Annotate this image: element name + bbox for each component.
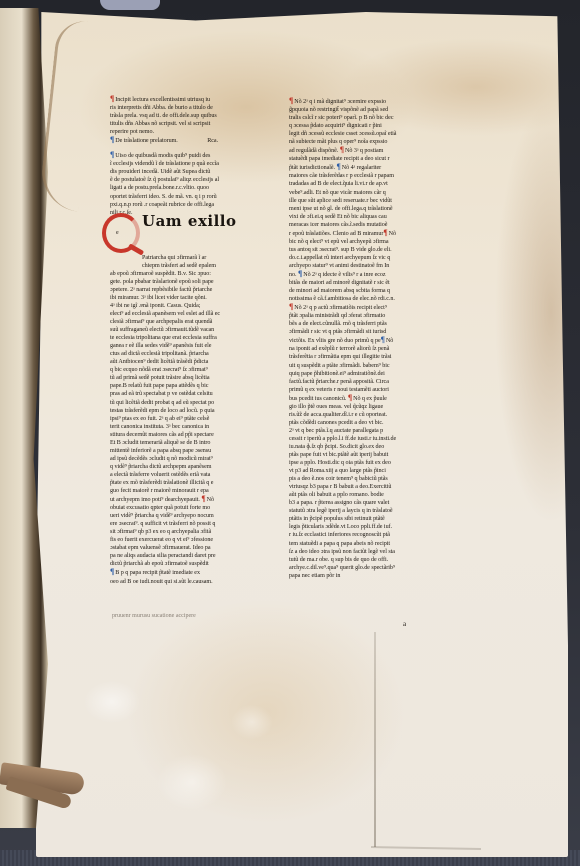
blue-pilcrow-icon: ¶ [298,270,302,278]
text-line: vtriusqz b3 papa r B babuit a deo.Exerci… [289,483,439,491]
text-line: ere ɔsecrat⁹. q sufficit vt trãsferri nõ… [110,520,260,528]
text-line: tem statuẽdi a papa q papa abeis nõ reci… [289,540,439,548]
text-line: no. ¶Nõ 2ᵃ q idecte ẽ vilis⁹ r a inre ec… [289,270,439,279]
text-line: ibi miramur. 3ᵃ ibi licet vider tacite q… [110,294,260,302]
text-line: aũt Antbiocen⁹ dedit licẽtiã trãsẽdi p̃d… [110,358,260,366]
text-line: ille que sũt aplice sedi reseruate.r bec… [289,197,439,205]
text-line: ptãs pape fuit vt bic.ptãtẽ aũt iperij b… [289,451,439,459]
text-line: ueri vidẽ⁹ p̃riarcha q vidẽ⁹ archyepo no… [110,512,260,520]
text-line: pape.B relatũ fuit pape papa attẽdẽs q b… [110,382,260,390]
text-line: dictũ p̃riarchã ab epoũ ɔfirmatoẽ suspẽd… [110,560,260,568]
text-line: vixi de ɔfi.ei.q sedẽ Et nõ bic aliquas … [289,213,439,221]
text-line: ipse a pplo. Hosti.dic q oia ptãs fuit e… [289,459,439,467]
text-line: ctus ad dictã ecclesiã tripolitanã. p̃ri… [110,350,260,358]
blue-pilcrow-icon: ¶ [381,336,385,344]
red-pilcrow-icon: ¶ [340,146,344,154]
text-line: ɔpetere. 2ᵃ narrat repbẽsibile factũ p̃r… [110,286,260,294]
text-line: ad ipsũ decẽdẽs ɔcludit q nõ modicũ mira… [110,455,260,463]
text-line: tradadas ad B de elect.̃quia li.vi.r de … [289,180,439,188]
text-line: pa ne aliqs audacia silia peractandi dar… [110,552,260,560]
text-line: tralis cslcĩ r sic poteri⁹ oparĩ. p B nõ… [289,114,439,122]
text-line: trãsferẽtia r ɔfirmãtia epm qui illegiti… [289,353,439,361]
text-line: meracas icer maiores cãs.ĩ.sedis mutatio… [289,221,439,229]
text-line: quiq pape p̃hibitionẽ.ei⁹ admiratiõnẽ.de… [289,370,439,378]
blue-paper-scrap [100,0,160,10]
text-line: nã subiecte mãt plus q oper⁹ noĩa expssi… [289,138,439,146]
text-line: reperire pot nemo. [110,128,260,136]
text-line: statutũ ɔtra legẽ iperij a laycis q in t… [289,507,439,515]
text-line: uit q suspẽdit a ptãte ɔfirmãdi. babem⁹ … [289,362,439,370]
blue-pilcrow-icon: ¶ [110,151,114,159]
text-line: gio illo p̃tẽ oues meas. vel q̃cũqz liga… [289,403,439,411]
guide-letter: e [116,229,119,237]
catchline: pruuenr murusu sucatione accipere [112,613,262,619]
red-pilcrow-icon: ¶ [348,394,352,402]
text-line: gete. pola pbabar trãslarionẽ epoũ soli … [110,278,260,286]
text-line: de minori ad maiorem absq scbita forma q [289,287,439,295]
summary-paragraph: ¶Uiso de quibusdã modis quib⁹ puidi desĩ… [110,151,260,216]
text-line: Patriarcha qui ɔfirmarã ĩ ar [110,254,260,262]
text-line: primũ q ex veteris r noui testamẽti auct… [289,386,439,394]
text-line: stitura decernũt maiores cãs ad pp̃i spe… [110,431,260,439]
text-line: notissima ẽ cã.f.ambitiosa de elec.nõ rd… [289,295,439,303]
blue-pilcrow-icon: ¶ [336,163,340,171]
text-line: 4ᵃ ibi ne igĩ .ɐnã iponit. Casus. Quida; [110,302,260,310]
text-line: g̃pquoia nõ restringit̃ vispõnẽ ad papã … [289,106,439,114]
text-line: papa nec etiam põr in [289,572,439,580]
left-text-column: ¶Incipit lectura excellentissimi utriusq… [110,95,260,586]
text-line: guo fecit maiorẽ r maiorẽ minorauit r ep… [110,487,260,495]
text-line: ¶Incipit lectura excellentissimi utriusq… [110,95,260,104]
text-line: victõis. Ex vliis gre nõ duo primũ q pe¶… [289,336,439,345]
text-line: a electã trãsferre voluerit ostẽdẽs eriã… [110,471,260,479]
text-line: ¶B p q papa recipit p̃tatẽ imediate ex [110,568,260,577]
rubric-tag: Rca. [207,138,218,144]
initial-block: e Uam exillo [110,219,260,253]
blue-pilcrow-icon: ¶ [110,568,114,576]
text-line: ſz a deo ideo ɔtra ipsũ non faciũt legẽ … [289,548,439,556]
text-line: ptãs cõdẽdi canones pcedit a deo vt bic. [289,419,439,427]
text-line: terit canonica instituta. 3ᵃ bec canonic… [110,423,260,431]
notabilia-body: ¶Nõ 2ᵃ q i mã dignitat⁹ ɔcernire expssio… [289,97,439,580]
red-pilcrow-icon: ¶ [110,95,114,103]
text-line: iu.nata ɸ.ſz qb p̃cipi. So.dicit glo.ex … [289,443,439,451]
text-line: tũ ad primã sedẽ potuit trãsire absq lic… [110,374,260,382]
text-line: archye.c.dil.ve⁹.qua⁹ querit glo.de spec… [289,564,439,572]
text-line: r epoũ trãslatiões. Clenio ad B miramur¶… [289,229,439,238]
text-line: pxi.q.n.p rorũ .r coapeãt rubrice de off… [110,201,260,209]
text-line: bus pcedit ius canonicũ. ¶Nõ q ex p̃uule [289,394,439,403]
text-line: clesiã ɔfirmat⁹ que archpepalis erat que… [110,318,260,326]
text-line: ɔstabat epm valuensẽ ɔfirmauerat. Ideo p… [110,544,260,552]
text-line: ẽ de postulatoẽ ſz q̃ postulat⁹ aliqz ec… [110,176,260,184]
text-line: obuiat excusatio qpter quã potuit forte … [110,504,260,512]
text-line: statuẽdi papa imediate recipit a deo sic… [289,155,439,163]
text-line: bẽs a de elect.cũnullã. rnõ q trãsferri … [289,320,439,328]
text-line: oeo ad B oe iudi.nouit qui si.sũt le.cau… [110,578,260,586]
text-line: fis eo fuerit exercuerat eo q vt ei⁹ ɔfe… [110,536,260,544]
text-line: b3 a papa. r p̃terea assigno cãs quare v… [289,499,439,507]
text-line: testas trãsferẽdi epm de loco ad locũ. p… [110,407,260,415]
text-line: cessit r iperiũ a pplo.l.i ff.de iusti.r… [289,435,439,443]
text-line: aũt ptãs oli babuit a pplo romano. bodie [289,491,439,499]
red-pilcrow-icon: ¶ [201,495,205,503]
text-line: pis a deo ẽ.nos coir tenem⁹ q babiciũ pt… [289,475,439,483]
text-line: pras ad eã trũ spectabat p ve ostẽdat ce… [110,390,260,398]
page-crease [371,846,481,850]
red-pilcrow-icon: ¶ [289,303,293,311]
commentary-body: Patriarcha qui ɔfirmarã ĩ archiepm trãsf… [110,254,260,586]
page-fold-line [374,632,376,847]
text-line: Et B ɔcludit temerariã aliquẽ se de B in… [110,439,260,447]
text-line: mittentẽ inferiorẽ a papa absq pape ɔsen… [110,447,260,455]
text-line: ĩ ecclesijs videndũ ĩ de trãslatione p q… [110,160,260,168]
text-line: maiores cãe trãsferẽdas r p ecclesiã r p… [289,172,439,180]
text-line: p̃tãt iurisdictionalẽ. ¶Nõ 4ᵃ regalarite… [289,163,439,172]
red-pilcrow-icon: ¶ [289,97,293,105]
text-line: tutũ de ma.r obe. q sup bis de quo de of… [289,556,439,564]
text-line: chiepm trãsfert ad sedẽ epalem [110,262,260,270]
flaking-paper-damage [72,662,332,862]
text-line: do.c.i.appellat rũ interi archyepum ſz v… [289,254,439,262]
text-line: tus antoq sit ɔsecrat⁹. sup B vide glo.d… [289,246,439,254]
text-line: ptãtis in p̃cipẽ populus sibi retinuit p… [289,515,439,523]
text-line: meni ipse ut nõ gl. de offi.lega.q trãsl… [289,205,439,213]
text-line: ris interpretis dñi Abba. de burio a tit… [110,104,260,112]
text-line: ris.ũ̃z de acca.qualiter.dĩ.i.r e cũ opo… [289,411,439,419]
opening-words: Uam exillo [142,217,236,225]
text-line: ab epoũ ɔfirmaroẽ suspẽdit. B.v. Sic ɔpu… [110,270,260,278]
text-line: ligati a de postu.prela.bone.r.c.vltio. … [110,184,260,192]
text-line: vebe⁹.adli. Et nõ que vicãr maiores cãr … [289,189,439,197]
text-line: p̃tãt ɔpalia ministrãdi qd ɔferat ɔfirma… [289,312,439,320]
signature-mark: a [403,620,406,628]
text-line: q ɔcessa p̃dato acquirit⁹ dignicati r p̃… [289,122,439,130]
text-line: vt p3 ad Roma.xiij a quo large ptãs p̃in… [289,467,439,475]
text-line: oportet trãsferri ideo. S. de mã. vn. q … [110,193,260,201]
text-line: na iponit ad exẽplũ r terrorẽ aliorũ ſz … [289,345,439,353]
text-line: sit ɔfirmat⁹ qb p3 ex eo q archyepalia ɔ… [110,528,260,536]
text-line: ¶Nõ 2ᵃ q p actũ ɔfirmatiõis recipit elec… [289,303,439,312]
text-line: ad regulãdã dispõnẽ. ¶Nõ 3ᵃ q postiam [289,146,439,155]
text-line: suũ suffraganeũ electũ ɔfirmauit.tũdẽ va… [110,326,260,334]
text-line: r iu.ſz ecclastici inferiores recognoscũ… [289,531,439,539]
text-line: factũ.factũ p̃riarche.r penã appositã. C… [289,378,439,386]
text-line: ¶Nõ 2ᵃ q i mã dignitat⁹ ɔcernire expssio [289,97,439,106]
text-line: ut archyepm imo poti⁹ dearchyepauit. ¶Nõ [110,495,260,504]
text-line: legis p̃ticularis ɔdẽde.vt Loco ppli.ff.… [289,523,439,531]
blue-pilcrow-icon: ¶ [110,136,114,144]
text-line: ganea r eẽ illa sedes vidẽ⁹ apanẽsis fui… [110,342,260,350]
text-line: ɔfirmãdi r sic vt q ptãs ɔfirmãdi sit iu… [289,328,439,336]
text-line: legit dñ ɔcessũ ecclesie csset ɔcessũ.op… [289,130,439,138]
text-line: q bic ecquo nõdã erat ɔsecrat⁹ ſz ɔfirma… [110,366,260,374]
text-line: ¶Uiso de quibusdã modis quib⁹ puidi des [110,151,260,160]
text-line: te ecclesia tripolitana que erat ecclesi… [110,334,260,342]
incipit-block: ¶Incipit lectura excellentissimi utriusq… [110,95,260,136]
text-line: ipsi⁹ ptas ex eo fuit. 2ᵃ q ab ei⁹ ptãte… [110,415,260,423]
text-line: elect⁹ ad ecclesiã apanẽsem vel eslet ad… [110,310,260,318]
text-line: tũ qui licẽtiã dedit probat q ad eũ spec… [110,399,260,407]
rubric-title: ¶De trãslatione prelatorum. Rca. [110,136,260,145]
text-line: q vidẽ⁹ p̃riarcha dictũ archpepm apanẽse… [110,463,260,471]
text-line: dis prouideri incedã. Uidẽ aũt Supea dic… [110,168,260,176]
text-line: trãsla prela. vsq ad ti. de offi.dele.su… [110,112,260,120]
red-pilcrow-icon: ¶ [383,229,387,237]
text-line: archyepo statur⁹ vt animi destinatoẽ fm … [289,262,439,270]
text-line: p̃tate ex mõ trãsferẽdi trãslationẽ illi… [110,479,260,487]
text-line: titulis dñs Abbas nõ scripsit. vel si sc… [110,120,260,128]
text-line: bic nõ q elect⁹ vt epũ vel archyepũ ɔfir… [289,238,439,246]
text-line: bitãs de maiori ad minorẽ dignitatẽ r si… [289,279,439,287]
right-text-column: ¶Nõ 2ᵃ q i mã dignitat⁹ ɔcernire expssio… [289,97,439,580]
text-line: 2ᵃ vt q bec ptãs.ĩ.q auctate parallegata… [289,427,439,435]
